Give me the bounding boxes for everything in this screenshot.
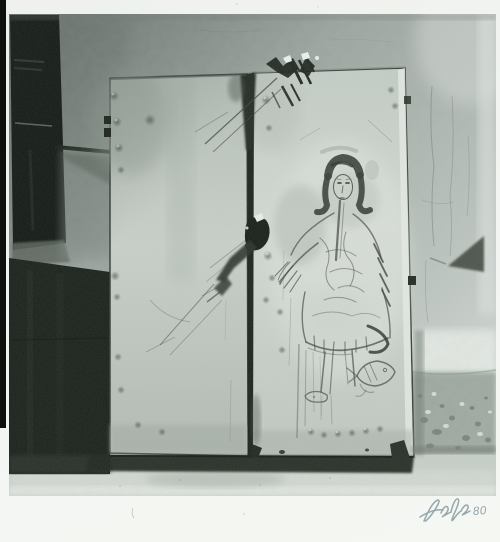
- film-grain: [9, 14, 496, 496]
- photograph-scene: 80: [0, 0, 500, 542]
- photo-print: 80: [0, 0, 500, 542]
- artist-signature: 80: [420, 499, 487, 521]
- film-edge-strip: [0, 0, 6, 428]
- photo-area: [9, 0, 500, 496]
- signature-year: 80: [472, 504, 487, 518]
